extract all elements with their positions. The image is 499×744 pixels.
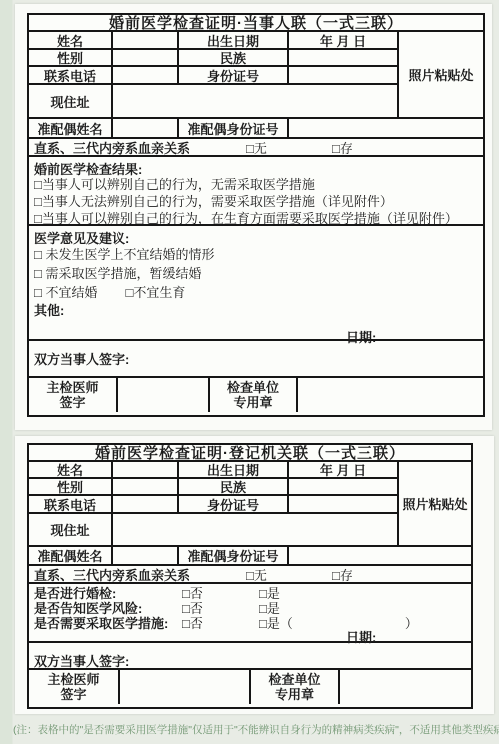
- phone-label: 联系电话: [29, 67, 113, 85]
- form2-spouse-row: 准配偶姓名 准配偶身份证号: [29, 547, 471, 566]
- phone-label: 联系电话: [29, 496, 113, 514]
- exam-result-option-2: □当事人无法辨别自己的行为，需要采取医学措施（详见附件）: [34, 192, 483, 209]
- id-number-field: [289, 496, 399, 514]
- birth-date-label: 出生日期: [179, 462, 289, 479]
- spouse-id-label: 准配偶身份证号: [179, 119, 289, 137]
- id-number-field: [289, 67, 399, 85]
- seal-label-line2: 专用章: [233, 395, 272, 410]
- form1-medical-advice-section: 医学意见及建议: □ 未发生医学上不宜结婚的情形 □ 需采取医学措施，暂缓结婚 …: [29, 226, 483, 341]
- gender-field: [113, 479, 179, 496]
- doctor-signature-field: [120, 670, 251, 704]
- consanguinity-label: 直系、三代内旁系血亲关系: [34, 138, 246, 157]
- exam-result-option-3: □当事人可以辨别自己的行为，在生育方面需要采取医学措施（详见附件）: [34, 209, 483, 226]
- doctor-label-line2: 签字: [60, 687, 86, 702]
- name-field: [113, 32, 179, 50]
- address-label: 现住址: [29, 85, 113, 117]
- doctor-label-line1: 主检医师: [47, 672, 99, 687]
- other-label: 其他:: [34, 301, 483, 317]
- question-no-checkbox: □否: [182, 613, 259, 632]
- advice-option-pair: □ 不宜结婚 □不宜生育: [34, 282, 483, 301]
- spouse-name-label: 准配偶姓名: [29, 119, 113, 137]
- medical-advice-heading: 医学意见及建议:: [34, 228, 483, 244]
- seal-label-line2: 专用章: [275, 687, 314, 702]
- name-field: [113, 462, 179, 479]
- ethnicity-label: 民族: [179, 479, 289, 496]
- form2-paper: 婚前医学检查证明·登记机关联（一式三联） 姓名 出生日期 年 月 日 照片粘贴处…: [15, 436, 494, 714]
- form2-signature-row: 双方当事人签字:: [29, 643, 471, 670]
- advice-no-marry-checkbox: □ 不宜结婚: [34, 282, 97, 301]
- id-number-label: 身份证号: [179, 67, 289, 85]
- spouse-id-field: [289, 547, 471, 564]
- doctor-label-line1: 主检医师: [46, 380, 98, 395]
- form1-paper: 婚前医学检查证明·当事人联（一式三联） 姓名 出生日期 年 月 日 照片粘贴处 …: [15, 4, 492, 430]
- ethnicity-field: [289, 50, 399, 67]
- ethnicity-field: [289, 479, 399, 496]
- id-number-label: 身份证号: [179, 496, 289, 514]
- consanguinity-exist-checkbox: □存: [332, 138, 353, 157]
- form1-spouse-row: 准配偶姓名 准配偶身份证号: [29, 119, 483, 139]
- consanguinity-label: 直系、三代内旁系血亲关系: [34, 565, 246, 584]
- consanguinity-none-checkbox: □无: [246, 138, 332, 157]
- spouse-id-label: 准配偶身份证号: [179, 547, 289, 564]
- name-label: 姓名: [29, 462, 113, 479]
- unit-seal-field: [340, 670, 471, 704]
- form2-identity-section: 姓名 出生日期 年 月 日 照片粘贴处 性别 民族 联系电话 身份证号 现住址: [29, 462, 471, 547]
- form2-table: 婚前医学检查证明·登记机关联（一式三联） 姓名 出生日期 年 月 日 照片粘贴处…: [27, 443, 473, 709]
- spouse-name-label: 准配偶姓名: [29, 547, 113, 564]
- spouse-name-field: [113, 547, 179, 564]
- form1-signature-row: 双方当事人签字:: [29, 341, 483, 378]
- consanguinity-none-checkbox: □无: [246, 565, 332, 584]
- question-medical-measures: 是否需要采取医学措施: □否 □是（ ）: [34, 615, 471, 630]
- unit-seal-label: 检查单位 专用章: [210, 378, 298, 412]
- birth-date-label: 出生日期: [179, 32, 289, 50]
- seal-label-line1: 检查单位: [268, 672, 320, 687]
- exam-result-heading: 婚前医学检查结果:: [34, 159, 483, 175]
- advice-no-childbearing-checkbox: □不宜生育: [125, 282, 185, 301]
- question-label: 是否需要采取医学措施:: [34, 613, 182, 632]
- ethnicity-label: 民族: [179, 50, 289, 67]
- unit-seal-field: [298, 378, 483, 412]
- address-field: [113, 514, 399, 545]
- seal-label-line1: 检查单位: [227, 380, 279, 395]
- form2-questions-section: 是否进行婚检: □否 □是 是否告知医学风险: □否 □是 是否需要采取医学措施…: [29, 584, 471, 643]
- spouse-id-field: [289, 119, 483, 137]
- advice-option-2: □ 需采取医学措施，暂缓结婚: [34, 263, 483, 282]
- consanguinity-exist-checkbox: □存: [332, 565, 353, 584]
- birth-date-field: 年 月 日: [289, 462, 399, 479]
- gender-label: 性别: [29, 479, 113, 496]
- doctor-signature-label: 主检医师 签字: [29, 378, 118, 412]
- form2-title: 婚前医学检查证明·登记机关联（一式三联）: [29, 445, 471, 462]
- doctor-label-line2: 签字: [59, 395, 85, 410]
- photo-area: 照片粘贴处: [399, 462, 471, 545]
- footnote: (注：表格中的"是否需要采用医学措施"仅适用于"不能辨识自身行为的精神病类疾病"…: [13, 722, 495, 737]
- doctor-signature-label: 主检医师 签字: [29, 670, 120, 704]
- question-yes-checkbox: □是（: [259, 613, 293, 632]
- unit-seal-label: 检查单位 专用章: [251, 670, 340, 704]
- phone-field: [113, 67, 179, 85]
- phone-field: [113, 496, 179, 514]
- form2-consanguinity-row: 直系、三代内旁系血亲关系 □无 □存: [29, 566, 471, 584]
- address-label: 现住址: [29, 514, 113, 545]
- advice-option-1: □ 未发生医学上不宜结婚的情形: [34, 244, 483, 263]
- gender-label: 性别: [29, 50, 113, 67]
- address-field: [113, 85, 399, 117]
- exam-result-option-1: □当事人可以辨别自己的行为，无需采取医学措施: [34, 175, 483, 192]
- form1-table: 婚前医学检查证明·当事人联（一式三联） 姓名 出生日期 年 月 日 照片粘贴处 …: [27, 13, 485, 417]
- question-paren-close: ）: [405, 613, 418, 632]
- form1-identity-section: 姓名 出生日期 年 月 日 照片粘贴处 性别 民族 联系电话 身份证号 现住址: [29, 32, 483, 119]
- form1-exam-result-section: 婚前医学检查结果: □当事人可以辨别自己的行为，无需采取医学措施 □当事人无法辨…: [29, 157, 483, 226]
- name-label: 姓名: [29, 32, 113, 50]
- form2-footer-row: 主检医师 签字 检查单位 专用章: [29, 670, 471, 704]
- photo-area: 照片粘贴处: [399, 32, 483, 117]
- form1-consanguinity-row: 直系、三代内旁系血亲关系 □无 □存: [29, 139, 483, 157]
- birth-date-field: 年 月 日: [289, 32, 399, 50]
- form1-footer-row: 主检医师 签字 检查单位 专用章: [29, 378, 483, 412]
- gender-field: [113, 50, 179, 67]
- spouse-name-field: [113, 119, 179, 137]
- form1-title: 婚前医学检查证明·当事人联（一式三联）: [29, 15, 483, 32]
- doctor-signature-field: [118, 378, 210, 412]
